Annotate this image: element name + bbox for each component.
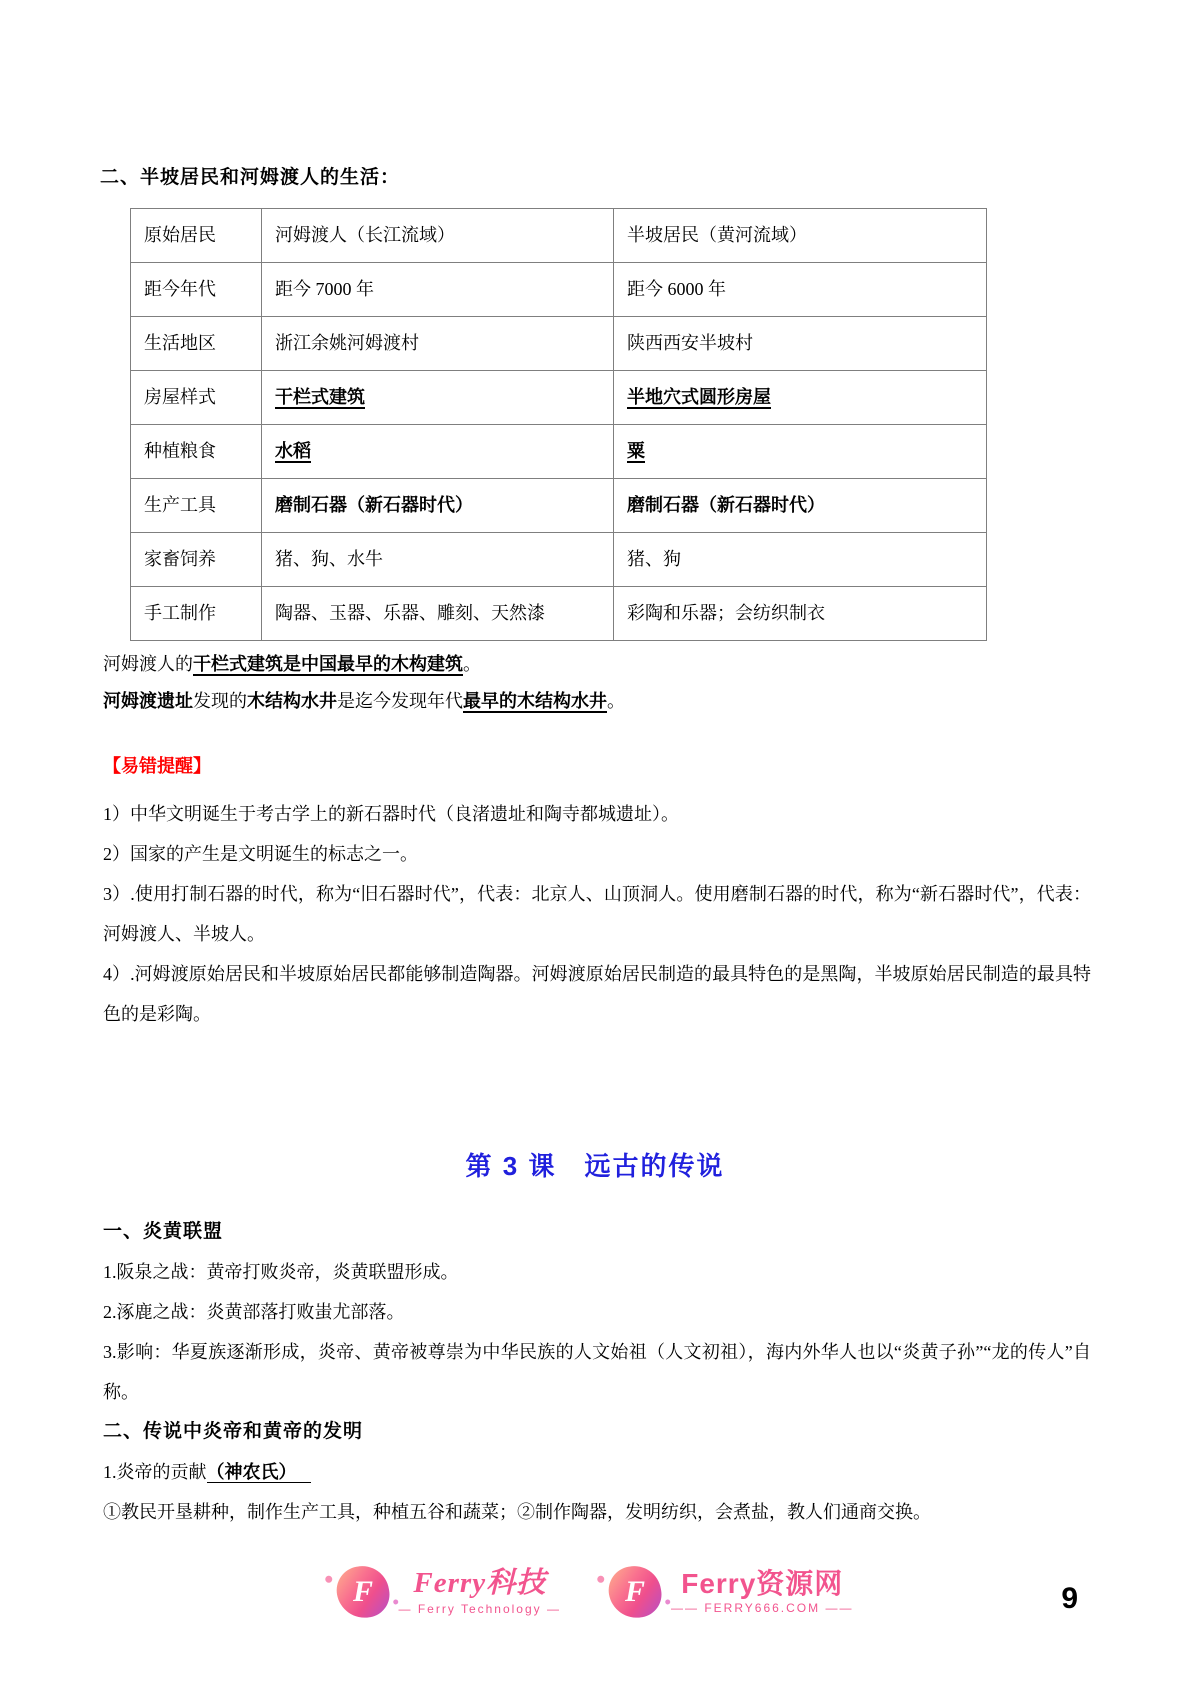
cell-hemudu: 距今 7000 年: [262, 263, 614, 317]
reminder-item: 2）国家的产生是文明诞生的标志之一。: [103, 834, 1091, 874]
comparison-table: 原始居民 河姆渡人（长江流域） 半坡居民（黄河流域） 距今年代 距今 7000 …: [130, 208, 987, 641]
lesson3-item: 1.炎帝的贡献（神农氏）: [103, 1452, 1091, 1492]
reminder-item: 1）中华文明诞生于考古学上的新石器时代（良渚遗址和陶寺都城遗址）。: [103, 794, 1091, 834]
table-row: 生产工具 磨制石器（新石器时代） 磨制石器（新石器时代）: [131, 479, 987, 533]
note-bold: 木结构水井: [247, 691, 337, 711]
cell-banpo: 彩陶和乐器；会纺织制衣: [614, 587, 987, 641]
lesson3-heading-yanhuang-alliance: 一、炎黄联盟: [103, 1212, 1091, 1252]
cell-hemudu: 浙江余姚河姆渡村: [262, 317, 614, 371]
error-reminder-section: 【易错提醒】 1）中华文明诞生于考古学上的新石器时代（良渚遗址和陶寺都城遗址）。…: [103, 752, 1091, 1034]
ferry-f-icon: F: [332, 1562, 392, 1622]
cell-banpo: 陕西西安半坡村: [614, 317, 987, 371]
lesson3-item: 3.影响：华夏族逐渐形成，炎帝、黄帝被尊崇为中华民族的人文始祖（人文初祖），海内…: [103, 1332, 1091, 1412]
ferry-resource-logo: F Ferry资源网 —— FERRY666.COM ——: [609, 1566, 853, 1618]
row-label: 房屋样式: [131, 371, 262, 425]
row-label: 原始居民: [131, 209, 262, 263]
brand-name: Ferry科技: [413, 1568, 546, 1598]
ferry-tech-logo: F Ferry科技 — Ferry Technology —: [337, 1566, 562, 1618]
cell-banpo: 半坡居民（黄河流域）: [614, 209, 987, 263]
brand-tagline: —— FERRY666.COM ——: [671, 1601, 853, 1615]
table-row: 手工制作 陶器、玉器、乐器、雕刻、天然漆 彩陶和乐器；会纺织制衣: [131, 587, 987, 641]
note-text: 。: [463, 654, 481, 674]
cell-hemudu: 干栏式建筑: [262, 371, 614, 425]
footer-logos: F Ferry科技 — Ferry Technology — F Ferry资源…: [0, 1566, 1190, 1618]
cell-banpo: 猪、狗: [614, 533, 987, 587]
note-emphasis: 干栏式建筑是中国最早的木构建筑: [193, 654, 463, 674]
row-label: 生产工具: [131, 479, 262, 533]
logo-text: Ferry科技 — Ferry Technology —: [399, 1568, 562, 1615]
row-label: 种植粮食: [131, 425, 262, 479]
row-label: 手工制作: [131, 587, 262, 641]
table-row: 房屋样式 干栏式建筑 半地穴式圆形房屋: [131, 371, 987, 425]
note-emphasis: 最早的木结构水井: [463, 691, 607, 711]
lesson3-heading-inventions: 二、传说中炎帝和黄帝的发明: [103, 1412, 1091, 1452]
logo-letter: F: [625, 1577, 645, 1607]
brand-name: Ferry资源网: [681, 1569, 843, 1598]
lesson3-item: ①教民开垦耕种，制作生产工具，种植五谷和蔬菜；②制作陶器，发明纺织，会煮盐，教人…: [103, 1492, 1091, 1532]
page-number: 9: [1061, 1582, 1078, 1616]
error-reminder-heading: 【易错提醒】: [103, 752, 1091, 778]
ferry-f-icon: F: [605, 1562, 665, 1622]
note-text: 发现的: [193, 691, 247, 711]
logo-text: Ferry资源网 —— FERRY666.COM ——: [671, 1569, 853, 1615]
section-heading-banpo-hemudu: 二、半坡居民和河姆渡人的生活：: [100, 162, 400, 189]
cell-hemudu: 水稻: [262, 425, 614, 479]
table-row: 家畜饲养 猪、狗、水牛 猪、狗: [131, 533, 987, 587]
cell-hemudu: 磨制石器（新石器时代）: [262, 479, 614, 533]
reminder-item: 4）.河姆渡原始居民和半坡原始居民都能够制造陶器。河姆渡原始居民制造的最具特色的…: [103, 954, 1091, 1034]
cell-hemudu: 陶器、玉器、乐器、雕刻、天然漆: [262, 587, 614, 641]
note-bold: 河姆渡遗址: [103, 691, 193, 711]
note-text: 是迄今发现年代: [337, 691, 463, 711]
row-label: 生活地区: [131, 317, 262, 371]
table-row: 距今年代 距今 7000 年 距今 6000 年: [131, 263, 987, 317]
lesson3-body: 一、炎黄联盟 1.阪泉之战：黄帝打败炎帝，炎黄联盟形成。 2.涿鹿之战：炎黄部落…: [103, 1212, 1091, 1532]
cell-banpo: 粟: [614, 425, 987, 479]
note-ganlan-building: 河姆渡人的干栏式建筑是中国最早的木构建筑。: [103, 650, 481, 676]
note-wooden-well: 河姆渡遗址发现的木结构水井是迄今发现年代最早的木结构水井。: [103, 687, 625, 713]
brand-tagline: — Ferry Technology —: [399, 1602, 562, 1616]
row-label: 距今年代: [131, 263, 262, 317]
cell-banpo: 半地穴式圆形房屋: [614, 371, 987, 425]
item-text: 1.炎帝的贡献: [103, 1462, 207, 1482]
logo-letter: F: [352, 1577, 372, 1607]
note-text: 。: [607, 691, 625, 711]
row-label: 家畜饲养: [131, 533, 262, 587]
table-row: 种植粮食 水稻 粟: [131, 425, 987, 479]
cell-hemudu: 河姆渡人（长江流域）: [262, 209, 614, 263]
reminder-item: 3）.使用打制石器的时代，称为“旧石器时代”，代表：北京人、山顶洞人。使用磨制石…: [103, 874, 1091, 954]
cell-hemudu: 猪、狗、水牛: [262, 533, 614, 587]
table-row: 生活地区 浙江余姚河姆渡村 陕西西安半坡村: [131, 317, 987, 371]
table-row: 原始居民 河姆渡人（长江流域） 半坡居民（黄河流域）: [131, 209, 987, 263]
note-text: 河姆渡人的: [103, 654, 193, 674]
lesson3-title: 第 3 课 远古的传说: [0, 1146, 1190, 1183]
item-emphasis: （神农氏）: [207, 1462, 311, 1483]
lesson3-item: 1.阪泉之战：黄帝打败炎帝，炎黄联盟形成。: [103, 1252, 1091, 1292]
cell-banpo: 磨制石器（新石器时代）: [614, 479, 987, 533]
cell-banpo: 距今 6000 年: [614, 263, 987, 317]
lesson3-item: 2.涿鹿之战：炎黄部落打败蚩尤部落。: [103, 1292, 1091, 1332]
